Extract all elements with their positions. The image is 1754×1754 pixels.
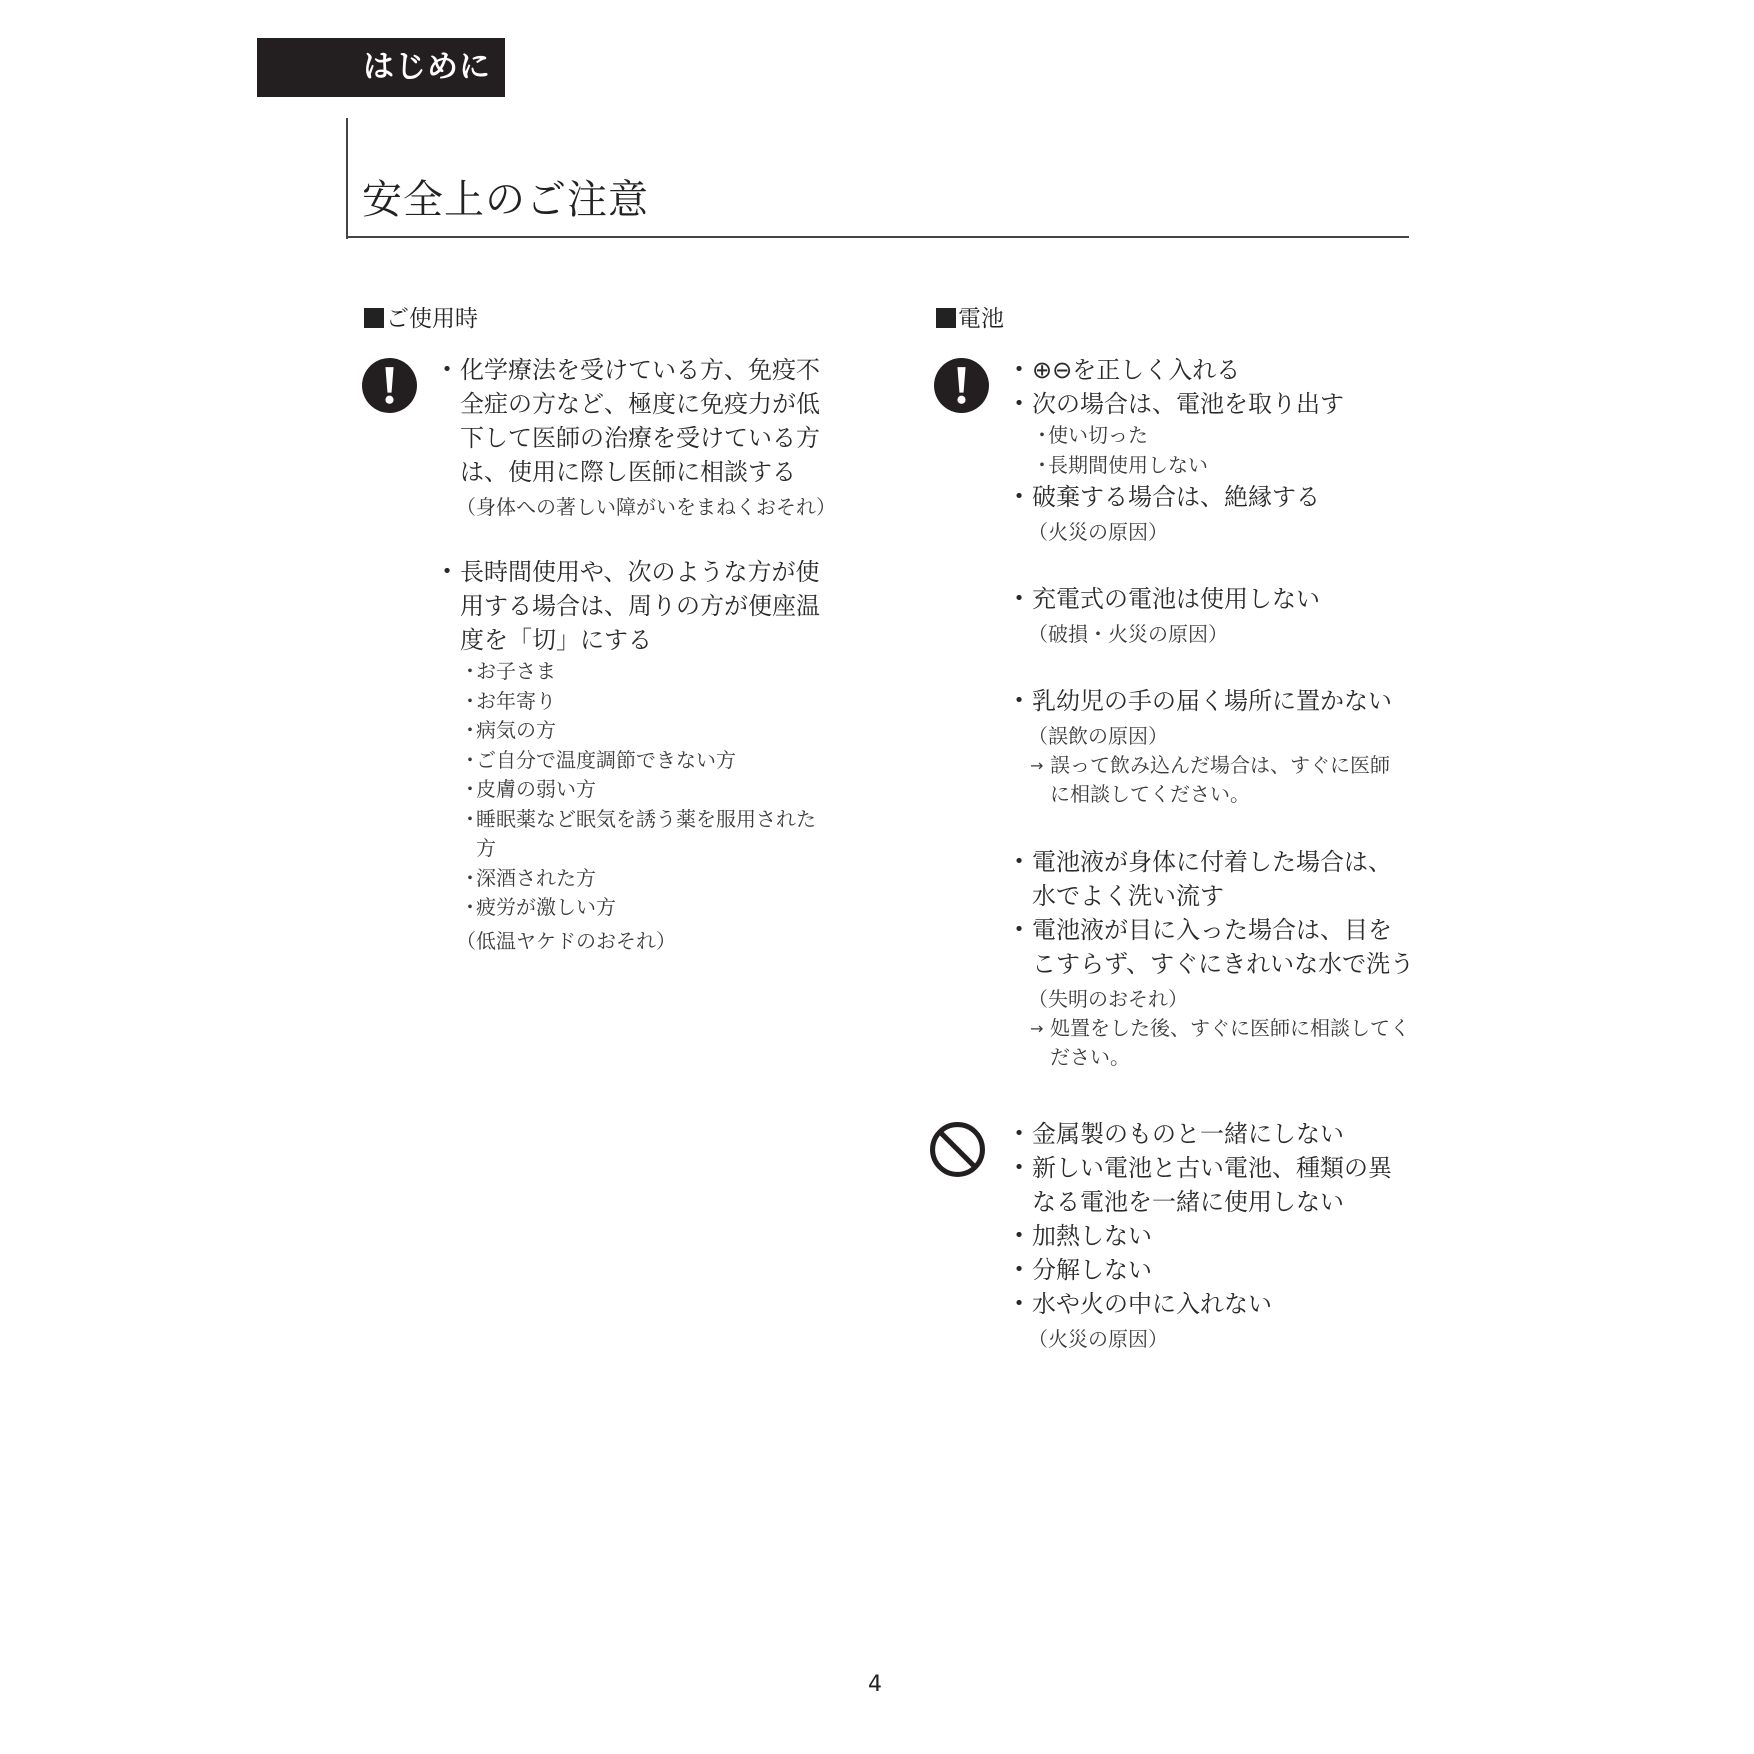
bullet-icon: •: [1010, 582, 1028, 616]
bullet-icon: •: [438, 555, 456, 589]
battery-group-4: •電池液が身体に付着した場合は、 水でよく洗い流す •電池液が目に入った場合は、…: [1010, 845, 1440, 1072]
consequence-note: （身体への著しい障がいをまねくおそれ）: [438, 492, 858, 522]
warning-item: •次の場合は、電池を取り出す: [1010, 387, 1430, 421]
bullet-icon: •: [1010, 1219, 1028, 1253]
warning-item: •破棄する場合は、絶縁する: [1010, 480, 1430, 514]
bullet-icon: •: [438, 353, 456, 387]
sub-list-item: ・使い切った: [1010, 421, 1430, 451]
square-marker-icon: [936, 308, 956, 328]
chapter-tab: はじめに: [257, 38, 505, 97]
bullet-icon: •: [1010, 913, 1028, 947]
bullet-icon: •: [1010, 1151, 1028, 1185]
prohibition-icon: [929, 1121, 986, 1178]
battery-group-1: •⊕⊖を正しく入れる •次の場合は、電池を取り出す ・使い切った ・長期間使用し…: [1010, 353, 1430, 547]
action-note: →誤って飲み込んだ場合は、すぐに医師 に相談してください。: [1010, 751, 1430, 809]
bullet-icon: •: [1010, 1287, 1028, 1321]
sub-list-item: ・お年寄り: [438, 687, 858, 717]
sub-list-item: ・長期間使用しない: [1010, 451, 1430, 481]
bullet-icon: •: [1010, 1117, 1028, 1151]
sub-list-item: ・病気の方: [438, 716, 858, 746]
mandatory-exclamation-icon: [933, 357, 990, 414]
consequence-note: （火災の原因）: [1010, 1324, 1440, 1354]
section-heading-battery: 電池: [936, 304, 1004, 334]
consequence-note: （火災の原因）: [1010, 517, 1430, 547]
mandatory-exclamation-icon: [361, 357, 418, 414]
section-heading-label: 電池: [958, 306, 1004, 332]
bullet-icon: •: [1010, 387, 1028, 421]
bullet-icon: •: [1010, 353, 1028, 387]
square-marker-icon: [364, 308, 384, 328]
battery-group-2: •充電式の電池は使用しない （破損・火災の原因）: [1010, 582, 1430, 649]
warning-item: •電池液が身体に付着した場合は、 水でよく洗い流す: [1010, 845, 1440, 913]
warning-item: •長時間使用や、次のような方が使 用する場合は、周りの方が便座温 度を「切」にす…: [438, 555, 858, 657]
warning-item: •乳幼児の手の届く場所に置かない: [1010, 684, 1430, 718]
sub-list-item: ・疲労が激しい方: [438, 893, 858, 923]
consequence-note: （失明のおそれ）: [1010, 984, 1440, 1014]
prohibited-item: •新しい電池と古い電池、種類の異 なる電池を一緒に使用しない: [1010, 1151, 1440, 1219]
warning-item: •化学療法を受けている方、免疫不 全症の方など、極度に免疫力が低 下して医師の治…: [438, 353, 858, 489]
bullet-icon: •: [1010, 845, 1028, 879]
sub-list-item: ・深酒された方: [438, 864, 858, 894]
warning-item: •充電式の電池は使用しない: [1010, 582, 1430, 616]
prohibited-item: •金属製のものと一緒にしない: [1010, 1117, 1440, 1151]
battery-group-3: •乳幼児の手の届く場所に置かない （誤飲の原因） →誤って飲み込んだ場合は、すぐ…: [1010, 684, 1430, 809]
bullet-icon: •: [1010, 684, 1028, 718]
consequence-note: （誤飲の原因）: [1010, 721, 1430, 751]
title-horizontal-rule: [346, 236, 1409, 238]
consequence-note: （破損・火災の原因）: [1010, 619, 1430, 649]
arrow-icon: →: [1030, 751, 1043, 780]
prohibited-item: •分解しない: [1010, 1253, 1440, 1287]
warning-item: •電池液が目に入った場合は、目を こすらず、すぐにきれいな水で洗う: [1010, 913, 1440, 981]
prohibited-item: •水や火の中に入れない: [1010, 1287, 1440, 1321]
consequence-note: （低温ヤケドのおそれ）: [438, 926, 858, 956]
usage-block-1: •化学療法を受けている方、免疫不 全症の方など、極度に免疫力が低 下して医師の治…: [438, 353, 858, 522]
sub-list-item: ・皮膚の弱い方: [438, 775, 858, 805]
arrow-icon: →: [1030, 1014, 1043, 1043]
warning-item: •⊕⊖を正しく入れる: [1010, 353, 1430, 387]
section-heading-usage: ご使用時: [364, 304, 478, 334]
sub-list-item: ・睡眠薬など眠気を誘う薬を服用された 方: [438, 805, 858, 864]
usage-block-2: •長時間使用や、次のような方が使 用する場合は、周りの方が便座温 度を「切」にす…: [438, 555, 858, 956]
section-heading-label: ご使用時: [386, 306, 478, 332]
action-note: →処置をした後、すぐに医師に相談してく ださい。: [1010, 1014, 1440, 1072]
page-number: 4: [868, 1672, 882, 1697]
prohibited-item: •加熱しない: [1010, 1219, 1440, 1253]
bullet-icon: •: [1010, 1253, 1028, 1287]
sub-list-item: ・ご自分で温度調節できない方: [438, 746, 858, 776]
battery-group-5: •金属製のものと一緒にしない •新しい電池と古い電池、種類の異 なる電池を一緒に…: [1010, 1117, 1440, 1354]
bullet-icon: •: [1010, 480, 1028, 514]
page-title: 安全上のご注意: [362, 176, 649, 224]
title-vertical-rule: [346, 118, 348, 239]
sub-list-item: ・お子さま: [438, 657, 858, 687]
